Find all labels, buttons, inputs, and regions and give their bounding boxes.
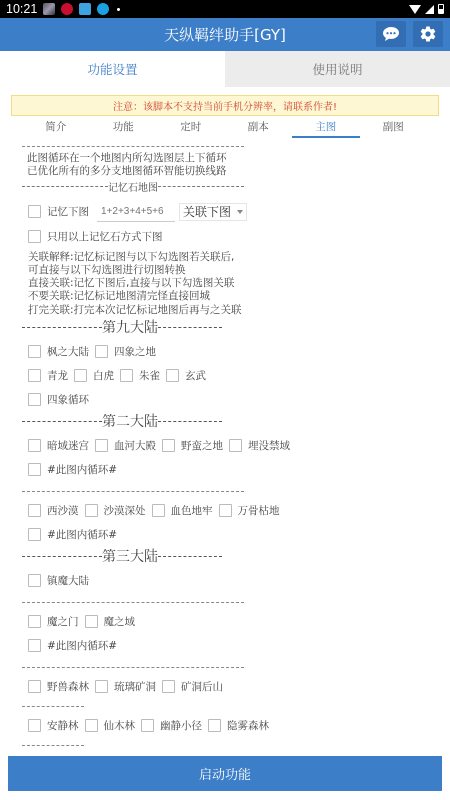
checkbox-box[interactable] [28,369,41,382]
checkbox-label: 血色地牢 [171,503,213,518]
loop-in-map-checkbox[interactable]: #此图内循环# [28,527,117,542]
subtab-dungeon[interactable]: 副本 [225,118,293,138]
sub-tabs: 简介 功能 定时 副本 主图 副图 [22,118,432,138]
explain-line: 直接关联:记忆下图后,直接与以下勾选图关联 [28,277,442,290]
subtab-function[interactable]: 功能 [90,118,158,138]
app-title: 天纵羁绊助手[GY] [164,24,286,45]
checkbox-box[interactable] [219,504,232,517]
checkbox-label: 魔之域 [104,614,136,629]
checkbox-label: 魔之门 [47,614,79,629]
checkbox-box[interactable] [85,719,98,732]
checkbox-label: 安静林 [47,718,79,733]
signal-icon [425,5,434,14]
divider [158,421,222,422]
checkbox-label: 仙木林 [104,718,136,733]
checkbox-row: 四象循环 [22,387,442,411]
divider [22,421,102,422]
chat-button[interactable] [376,21,406,47]
settings-button[interactable] [413,21,443,47]
battery-icon [438,4,444,14]
wifi-icon [409,5,421,14]
only-memory-row: 只用以上记忆石方式下图 [22,225,442,249]
checkbox-box[interactable] [28,393,41,406]
map-checkbox[interactable]: 魔之域 [85,614,136,629]
game-app-icon [43,3,55,15]
map-checkbox[interactable]: 四象之地 [95,344,156,359]
map-checkbox[interactable]: 埋没禁域 [229,438,290,453]
checkbox-box[interactable] [120,369,133,382]
checkbox-box[interactable] [28,504,41,517]
checkbox-box[interactable] [229,439,242,452]
map-checkbox[interactable]: 矿洞后山 [162,679,223,694]
checkbox-box[interactable] [85,615,98,628]
map-checkbox[interactable]: 仙木林 [85,718,136,733]
loop-in-map-checkbox[interactable]: #此图内循环# [28,462,117,477]
checkbox-label: 记忆下图 [47,204,89,219]
checkbox-box[interactable] [162,680,175,693]
checkbox-label: 只用以上记忆石方式下图 [47,229,163,244]
memory-row: 记忆下图 关联下图 [22,199,442,225]
checkbox-box[interactable] [141,719,154,732]
checkbox-box[interactable] [28,345,41,358]
download-icon [97,3,109,15]
checkbox-box[interactable] [74,369,87,382]
divider [158,327,222,328]
link-explanation: 关联解释:记忆标记图与以下勾选图若关联后, 可直接与以下勾选图进行切图转换 直接… [22,251,442,317]
divider [158,556,222,557]
checkbox-label: 琉璃矿洞 [114,679,156,694]
map-checkbox[interactable]: 安静林 [28,718,79,733]
loop-in-map-checkbox[interactable]: #此图内循环# [28,638,117,653]
checkbox-box[interactable] [95,680,108,693]
map-checkbox[interactable]: 魔之门 [28,614,79,629]
map-checkbox[interactable]: 青龙 [28,368,68,383]
checkbox-row: 暗域迷宫 血河大殿 野蛮之地 埋没禁域 [22,433,442,457]
checkbox-box[interactable] [28,528,41,541]
explain-line: 可直接与以下勾选图进行切图转换 [28,264,442,277]
checkbox-row: 镇魔大陆 [22,568,442,592]
checkbox-label: 矿洞后山 [181,679,223,694]
section-title-text: 第三大陆 [102,546,158,566]
checkbox-row: 野兽森林 琉璃矿洞 矿洞后山 [22,674,442,698]
checkbox-label: 埋没禁域 [248,438,290,453]
blue-app-icon [79,3,91,15]
subtab-timer[interactable]: 定时 [157,118,225,138]
checkbox-label: 幽静小径 [160,718,202,733]
checkbox-row: #此图内循环# [22,457,442,481]
checkbox-row: 安静林 仙木林 幽静小径 隐雾森林 [22,713,442,737]
start-function-button[interactable]: 启动功能 [8,756,442,791]
subtab-main-map[interactable]: 主图 [292,118,360,138]
intro-line: 此图循环在一个地图内所勾选图层上下循环 [27,152,442,165]
checkbox-box[interactable] [166,369,179,382]
checkbox-label: 万骨枯地 [238,503,280,518]
checkbox-label: 野蛮之地 [181,438,223,453]
checkbox-box[interactable] [162,439,175,452]
divider [22,556,102,557]
checkbox-label: 玄武 [185,368,206,383]
checkbox-row: #此图内循环# [22,633,442,657]
map-checkbox[interactable]: 琉璃矿洞 [95,679,156,694]
warning-notice: 注意：该脚本不支持当前手机分辨率，请联系作者! [11,95,439,116]
chevron-down-icon [237,210,243,214]
checkbox-box[interactable] [28,680,41,693]
divider [22,186,108,187]
checkbox-box[interactable] [28,639,41,652]
main-map-panel[interactable]: 此图循环在一个地图内所勾选图层上下循环 已优化所有的多分支地图循环智能切换线路 … [22,138,442,756]
explain-line: 打完关联:打完本次记忆标记地图后再与之关联 [28,304,442,317]
checkbox-row: 西沙漠 沙漠深处 血色地牢 万骨枯地 [22,498,442,522]
checkbox-label: 朱雀 [139,368,160,383]
section-title-continent-9: 第九大陆 [22,317,222,337]
main-tabs: 功能设置 使用说明 [0,51,450,87]
checkbox-box[interactable] [208,719,221,732]
checkbox-label: 野兽森林 [47,679,89,694]
only-memory-checkbox[interactable]: 只用以上记忆石方式下图 [28,229,163,244]
clock: 10:21 [6,2,37,16]
explain-line: 不要关联:记忆标记地图清完怪直接回城 [28,290,442,303]
checkbox-box[interactable] [28,230,41,243]
map-checkbox[interactable]: 白虎 [74,368,114,383]
map-checkbox[interactable]: 朱雀 [120,368,160,383]
map-checkbox[interactable]: 幽静小径 [141,718,202,733]
subtab-sub-map[interactable]: 副图 [360,118,428,138]
map-checkbox[interactable]: 血色地牢 [152,503,213,518]
checkbox-label: 血河大殿 [114,438,156,453]
checkbox-label: 四象之地 [114,344,156,359]
checkbox-label: 镇魔大陆 [47,573,89,588]
red-app-icon [61,3,73,15]
checkbox-label: 白虎 [93,368,114,383]
checkbox-box[interactable] [28,615,41,628]
checkbox-box[interactable] [28,463,41,476]
section-title-continent-3: 第三大陆 [22,546,222,566]
subtab-intro[interactable]: 简介 [22,118,90,138]
checkbox-label: #此图内循环# [47,527,117,542]
checkbox-box[interactable] [85,504,98,517]
divider [22,327,102,328]
map-checkbox[interactable]: 血河大殿 [95,438,156,453]
checkbox-box[interactable] [95,345,108,358]
section-title-continent-2: 第二大陆 [22,411,222,431]
map-checkbox[interactable]: 暗域迷宫 [28,438,89,453]
map-checkbox[interactable]: 玄武 [166,368,206,383]
checkbox-box[interactable] [28,205,41,218]
section-title-text: 第九大陆 [102,317,158,337]
checkbox-box[interactable] [28,574,41,587]
map-checkbox[interactable]: 西沙漠 [28,503,79,518]
checkbox-label: 沙漠深处 [104,503,146,518]
checkbox-label: 枫之大陆 [47,344,89,359]
memory-caption: 记忆石地图 [22,179,244,194]
checkbox-box[interactable] [95,439,108,452]
checkbox-box[interactable] [152,504,165,517]
app-bar: 天纵羁绊助手[GY] [0,18,450,51]
link-mode-select[interactable]: 关联下图 [179,203,247,221]
map-checkbox[interactable]: 野蛮之地 [162,438,223,453]
divider [158,186,244,187]
checkbox-box[interactable] [28,439,41,452]
memory-order-input[interactable] [97,202,175,222]
map-checkbox[interactable]: 沙漠深处 [85,503,146,518]
checkbox-label: 隐雾森林 [227,718,269,733]
explain-line: 关联解释:记忆标记图与以下勾选图若关联后, [28,251,442,264]
map-checkbox[interactable]: 隐雾森林 [208,718,269,733]
checkbox-row: #此图内循环# [22,522,442,546]
map-checkbox[interactable]: 万骨枯地 [219,503,280,518]
gear-icon [419,25,437,43]
checkbox-label: 暗域迷宫 [47,438,89,453]
intro-text: 此图循环在一个地图内所勾选图层上下循环 已优化所有的多分支地图循环智能切换线路 [22,152,442,179]
memory-caption-text: 记忆石地图 [108,179,158,194]
map-checkbox[interactable]: 镇魔大陆 [28,573,89,588]
checkbox-label: 四象循环 [47,392,89,407]
tab-usage-instructions[interactable]: 使用说明 [225,51,450,87]
map-checkbox[interactable]: 枫之大陆 [28,344,89,359]
checkbox-box[interactable] [28,719,41,732]
checkbox-row: 魔之门 魔之域 [22,609,442,633]
status-bar: 10:21 [0,0,450,18]
tab-function-settings[interactable]: 功能设置 [0,51,225,87]
section-title-text: 第二大陆 [102,411,158,431]
map-checkbox[interactable]: 野兽森林 [28,679,89,694]
map-checkbox[interactable]: 四象循环 [28,392,89,407]
checkbox-row: 青龙 白虎 朱雀 玄武 [22,363,442,387]
select-value: 关联下图 [183,203,231,220]
checkbox-row: 枫之大陆 四象之地 [22,339,442,363]
checkbox-label: #此图内循环# [47,462,117,477]
intro-line: 已优化所有的多分支地图循环智能切换线路 [27,165,442,178]
dot-icon [117,8,120,11]
checkbox-label: 青龙 [47,368,68,383]
chat-bubble-icon [382,26,400,42]
checkbox-label: 西沙漠 [47,503,79,518]
checkbox-label: #此图内循环# [47,638,117,653]
memory-next-map-checkbox[interactable]: 记忆下图 [28,204,89,219]
